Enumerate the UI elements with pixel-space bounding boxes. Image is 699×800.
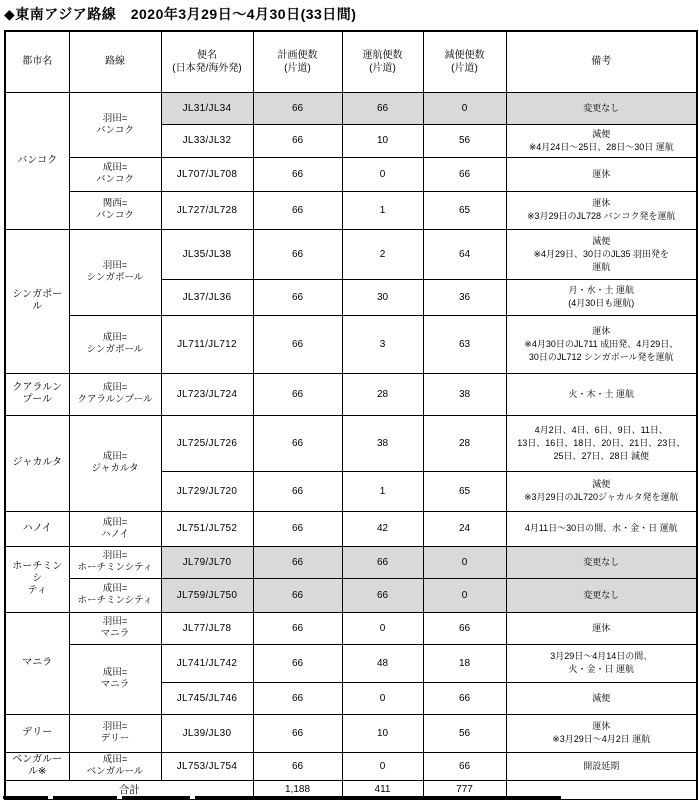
remarks-cell: 4月2日、4日、6日、9日、11日、 13日、16日、18日、20日、21日、2… [506,415,697,471]
flight-schedule-table: 都市名 路線 便名 (日本発/海外発) 計画便数 (片道) 運航便数 (片道) … [4,30,698,800]
table-row: 成田= バンコク JL707/JL708 66 0 66 運休 [5,157,697,191]
reduced-cell: 38 [423,373,506,415]
planned-cell: 66 [253,644,342,682]
table-row: 成田= マニラ JL741/JL742 66 48 18 3月29日～4月14日… [5,644,697,682]
route-cell: 成田= ホーチミンシティ [69,578,161,612]
remarks-cell: 減便 ※4月24日～25日、28日～30日 運航 [506,124,697,157]
route-cell: 関西= バンコク [69,191,161,229]
planned-cell: 66 [253,373,342,415]
planned-cell: 66 [253,612,342,644]
planned-cell: 66 [253,315,342,373]
operated-cell: 66 [342,578,423,612]
reduced-cell: 0 [423,92,506,124]
reduced-cell: 36 [423,279,506,315]
remarks-cell: 運休 [506,157,697,191]
remarks-cell: 4月11日～30日の間、水・金・日 運航 [506,511,697,546]
header-city: 都市名 [5,31,69,92]
reduced-cell: 56 [423,714,506,752]
flight-cell: JL727/JL728 [161,191,253,229]
operated-cell: 3 [342,315,423,373]
flight-cell: JL725/JL726 [161,415,253,471]
next-table-edge [122,796,190,799]
flight-cell: JL751/JL752 [161,511,253,546]
flight-cell: JL37/JL36 [161,279,253,315]
operated-cell: 0 [342,612,423,644]
city-cell: シンガポー ル [5,229,69,373]
flight-cell: JL723/JL724 [161,373,253,415]
city-cell: ホーチミンシ ティ [5,546,69,612]
header-flight: 便名 (日本発/海外発) [161,31,253,92]
table-row: 成田= シンガポール JL711/JL712 66 3 63 運休 ※4月30日… [5,315,697,373]
planned-cell: 66 [253,714,342,752]
route-cell: 羽田= デリー [69,714,161,752]
table-row: 成田= ホーチミンシティ JL759/JL750 66 66 0 変更なし [5,578,697,612]
reduced-cell: 66 [423,157,506,191]
remarks-cell: 変更なし [506,546,697,578]
operated-cell: 30 [342,279,423,315]
remarks-cell: 減便 ※4月29日、30日のJL35 羽田発を 運航 [506,229,697,279]
reduced-cell: 24 [423,511,506,546]
operated-cell: 66 [342,546,423,578]
reduced-cell: 28 [423,415,506,471]
table-row: ホーチミンシ ティ 羽田= ホーチミンシティ JL79/JL70 66 66 0… [5,546,697,578]
table-row: バンコク 羽田= バンコク JL31/JL34 66 66 0 変更なし [5,92,697,124]
route-cell: 成田= ハノイ [69,511,161,546]
reduced-cell: 65 [423,191,506,229]
flight-cell: JL79/JL70 [161,546,253,578]
city-cell: ハノイ [5,511,69,546]
planned-cell: 66 [253,471,342,511]
city-cell: マニラ [5,612,69,714]
next-table-edge [3,796,48,799]
flight-cell: JL39/JL30 [161,714,253,752]
header-route: 路線 [69,31,161,92]
city-cell: ベンガルー ル※ [5,752,69,780]
remarks-cell: 月・水・土 運航 (4月30日も運航) [506,279,697,315]
city-cell: デリー [5,714,69,752]
route-cell: 成田= シンガポール [69,315,161,373]
reduced-cell: 64 [423,229,506,279]
flight-cell: JL707/JL708 [161,157,253,191]
planned-cell: 66 [253,157,342,191]
header-operated: 運航便数 (片道) [342,31,423,92]
operated-cell: 2 [342,229,423,279]
planned-cell: 66 [253,546,342,578]
header-planned: 計画便数 (片道) [253,31,342,92]
flight-cell: JL35/JL38 [161,229,253,279]
table-row: ベンガルー ル※ 成田= ベンガルール JL753/JL754 66 0 66 … [5,752,697,780]
operated-cell: 0 [342,157,423,191]
route-cell: 羽田= ホーチミンシティ [69,546,161,578]
city-cell: クアラルン プール [5,373,69,415]
reduced-cell: 65 [423,471,506,511]
route-cell: 成田= ベンガルール [69,752,161,780]
operated-cell: 48 [342,644,423,682]
operated-cell: 66 [342,92,423,124]
table-row: クアラルン プール 成田= クアラルンプール JL723/JL724 66 28… [5,373,697,415]
planned-cell: 66 [253,279,342,315]
planned-cell: 66 [253,682,342,714]
route-cell: 成田= バンコク [69,157,161,191]
route-cell: 羽田= マニラ [69,612,161,644]
remarks-cell: 減便 ※3月29日のJL720ジャカルタ発を運航 [506,471,697,511]
route-cell: 成田= マニラ [69,644,161,714]
planned-cell: 66 [253,511,342,546]
operated-cell: 28 [342,373,423,415]
remarks-cell: 火・木・土 運航 [506,373,697,415]
table-row: ハノイ 成田= ハノイ JL751/JL752 66 42 24 4月11日～3… [5,511,697,546]
reduced-cell: 66 [423,752,506,780]
remarks-cell: 運休 ※4月30日のJL711 成田発、4月29日、 30日のJL712 シンガ… [506,315,697,373]
city-cell: ジャカルタ [5,415,69,511]
flight-cell: JL711/JL712 [161,315,253,373]
planned-cell: 66 [253,191,342,229]
flight-cell: JL753/JL754 [161,752,253,780]
planned-cell: 66 [253,578,342,612]
planned-cell: 66 [253,124,342,157]
city-cell: バンコク [5,92,69,229]
header-reduced: 減便便数 (片道) [423,31,506,92]
reduced-cell: 56 [423,124,506,157]
operated-cell: 1 [342,191,423,229]
remarks-cell: 運休 ※3月29日～4月2日 運航 [506,714,697,752]
flight-cell: JL33/JL32 [161,124,253,157]
planned-cell: 66 [253,415,342,471]
planned-cell: 66 [253,92,342,124]
table-row: 関西= バンコク JL727/JL728 66 1 65 運休 ※3月29日のJ… [5,191,697,229]
remarks-cell: 変更なし [506,578,697,612]
remarks-cell: 変更なし [506,92,697,124]
table-row: デリー 羽田= デリー JL39/JL30 66 10 56 運休 ※3月29日… [5,714,697,752]
route-cell: 成田= クアラルンプール [69,373,161,415]
route-cell: 成田= ジャカルタ [69,415,161,511]
operated-cell: 1 [342,471,423,511]
remarks-cell: 3月29日～4月14日の間、 火・金・日 運航 [506,644,697,682]
flight-cell: JL77/JL78 [161,612,253,644]
planned-cell: 66 [253,752,342,780]
header-row: 都市名 路線 便名 (日本発/海外発) 計画便数 (片道) 運航便数 (片道) … [5,31,697,92]
table-row: ジャカルタ 成田= ジャカルタ JL725/JL726 66 38 28 4月2… [5,415,697,471]
table-row: シンガポー ル 羽田= シンガポール JL35/JL38 66 2 64 減便 … [5,229,697,279]
table-row: マニラ 羽田= マニラ JL77/JL78 66 0 66 運休 [5,612,697,644]
page-title: ◆東南アジア路線 2020年3月29日～4月30日(33日間) [4,4,356,24]
operated-cell: 10 [342,714,423,752]
reduced-cell: 66 [423,682,506,714]
remarks-cell: 運休 [506,612,697,644]
flight-cell: JL31/JL34 [161,92,253,124]
reduced-cell: 63 [423,315,506,373]
planned-cell: 66 [253,229,342,279]
remarks-cell: 運休 ※3月29日のJL728 バンコク発を運航 [506,191,697,229]
remarks-cell: 開設延期 [506,752,697,780]
remarks-cell: 減便 [506,682,697,714]
next-table-edge [195,796,561,799]
flight-cell: JL759/JL750 [161,578,253,612]
route-cell: 羽田= バンコク [69,92,161,157]
operated-cell: 38 [342,415,423,471]
reduced-cell: 18 [423,644,506,682]
operated-cell: 0 [342,752,423,780]
flight-cell: JL729/JL720 [161,471,253,511]
flight-cell: JL741/JL742 [161,644,253,682]
operated-cell: 10 [342,124,423,157]
operated-cell: 0 [342,682,423,714]
reduced-cell: 0 [423,546,506,578]
flight-cell: JL745/JL746 [161,682,253,714]
reduced-cell: 0 [423,578,506,612]
reduced-cell: 66 [423,612,506,644]
operated-cell: 42 [342,511,423,546]
header-remarks: 備考 [506,31,697,92]
next-table-edge [53,796,117,799]
route-cell: 羽田= シンガポール [69,229,161,315]
